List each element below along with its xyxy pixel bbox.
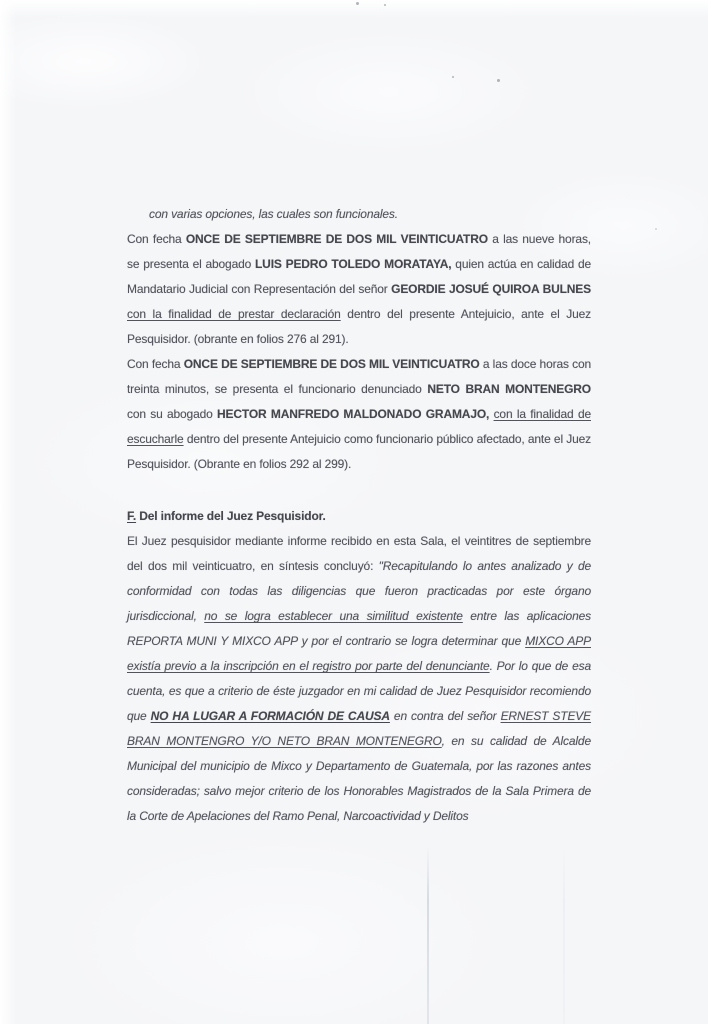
text-segment: con la finalidad de prestar declaración <box>127 307 341 321</box>
scan-artifact-dot <box>356 2 359 5</box>
text-segment: en contra del señor <box>390 709 501 723</box>
paragraph-continuation: con varias opciones, las cuales son func… <box>127 202 591 227</box>
text-segment: con varias opciones, las cuales son func… <box>149 207 398 221</box>
text-segment: NETO BRAN MONTENEGRO <box>427 382 591 396</box>
section-heading-informe-juez: F. Del informe del Juez Pesquisidor. <box>127 504 591 529</box>
text-segment: ONCE DE SEPTIEMBRE DE DOS MIL VEINTICUAT… <box>184 357 480 371</box>
text-segment: Del informe del Juez Pesquisidor. <box>136 509 326 523</box>
scan-crease-line <box>563 846 565 1024</box>
text-segment: F. <box>127 509 136 523</box>
paragraph-informe-conclusion: El Juez pesquisidor mediante informe rec… <box>127 529 591 829</box>
paragraph-comparecencia-toledo: Con fecha ONCE DE SEPTIEMBRE DE DOS MIL … <box>127 227 591 352</box>
scan-artifact-dot <box>384 4 386 6</box>
document-body: con varias opciones, las cuales son func… <box>127 202 591 829</box>
text-segment: Con fecha <box>127 357 184 371</box>
scan-edge-left <box>0 0 16 1024</box>
text-segment: GEORDIE JOSUÉ QUIROA BULNES <box>391 282 591 296</box>
text-segment: dentro del presente Antejuicio como func… <box>127 432 591 471</box>
paragraph-comparecencia-bran: Con fecha ONCE DE SEPTIEMBRE DE DOS MIL … <box>127 352 591 477</box>
text-segment: no se logra establecer una similitud exi… <box>204 609 462 623</box>
scan-edge-top <box>0 0 708 18</box>
scanned-document-page: con varias opciones, las cuales son func… <box>0 0 708 1024</box>
text-segment: HECTOR MANFREDO MALDONADO GRAMAJO, <box>217 407 489 421</box>
scan-artifact-dot <box>497 79 500 82</box>
text-segment: NO HA LUGAR A FORMACIÓN DE CAUSA <box>151 709 390 723</box>
text-segment: con su abogado <box>127 407 217 421</box>
scan-crease-line <box>427 846 429 1024</box>
scan-artifact-dot <box>655 228 657 230</box>
text-segment: ONCE DE SEPTIEMBRE DE DOS MIL VEINTICUAT… <box>186 232 488 246</box>
scan-artifact-dot <box>452 76 454 78</box>
text-segment: LUIS PEDRO TOLEDO MORATAYA, <box>255 257 451 271</box>
text-segment: Con fecha <box>127 232 186 246</box>
